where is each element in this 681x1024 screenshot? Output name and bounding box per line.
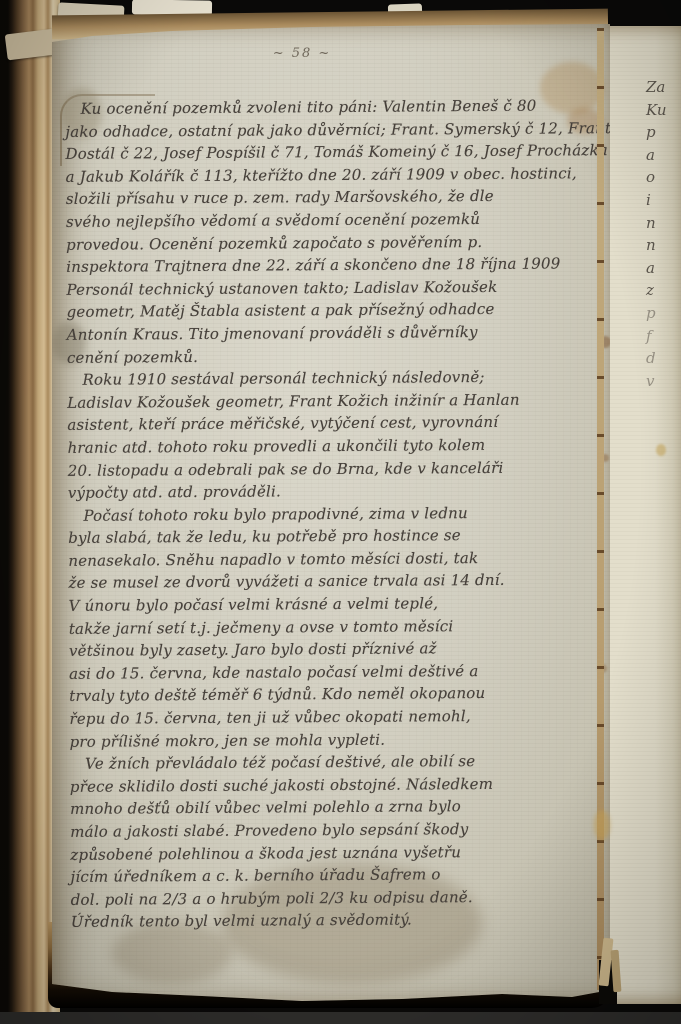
next-page-fragment: f [646, 325, 681, 348]
next-page-fragment: v [646, 370, 681, 393]
next-page-fragment: a [646, 144, 681, 167]
next-page-fragment: Za [646, 76, 681, 99]
next-page-text-fragments: ZaKupaoinnazpfdv [646, 76, 681, 392]
next-page-fragment: p [646, 302, 681, 325]
manuscript-line: Ku ocenění pozemků zvoleni tito páni: Va… [65, 94, 599, 120]
next-page-fragment: n [646, 212, 681, 235]
next-page-fragment: p [646, 121, 681, 144]
manuscript-page: ~ 58 ~ Ku ocenění pozemků zvoleni tito p… [52, 24, 610, 1008]
manuscript-text-block: Ku ocenění pozemků zvoleni tito páni: Va… [65, 94, 605, 934]
manuscript-line: Úředník tento byl velmi uznalý a svědomi… [71, 908, 605, 934]
open-book-photo: ZaKupaoinnazpfdv ~ 58 ~ Ku ocenění pozem… [0, 0, 681, 1024]
next-page-fragment: z [646, 279, 681, 302]
next-page-fragment: n [646, 234, 681, 257]
next-page-fragment: i [646, 189, 681, 212]
next-page-fragment: d [646, 347, 681, 370]
manuscript-line: a Jakub Kolářík č 113, kteřížto dne 20. … [66, 162, 600, 188]
edge-stain [594, 810, 610, 840]
next-page-edge: ZaKupaoinnazpfdv [600, 26, 681, 1004]
page-number: ~ 58 ~ [202, 46, 402, 61]
manuscript-line: inspektora Trajtnera dne 22. září a skon… [66, 252, 600, 278]
leaf-right-edge [597, 28, 604, 990]
next-page-fragment: o [646, 166, 681, 189]
foxing-spot [656, 444, 666, 456]
next-page-fragment: a [646, 257, 681, 280]
book-spine-page-stack [0, 0, 60, 1012]
next-page-fragment: Ku [646, 99, 681, 122]
table-surface [0, 1012, 681, 1024]
